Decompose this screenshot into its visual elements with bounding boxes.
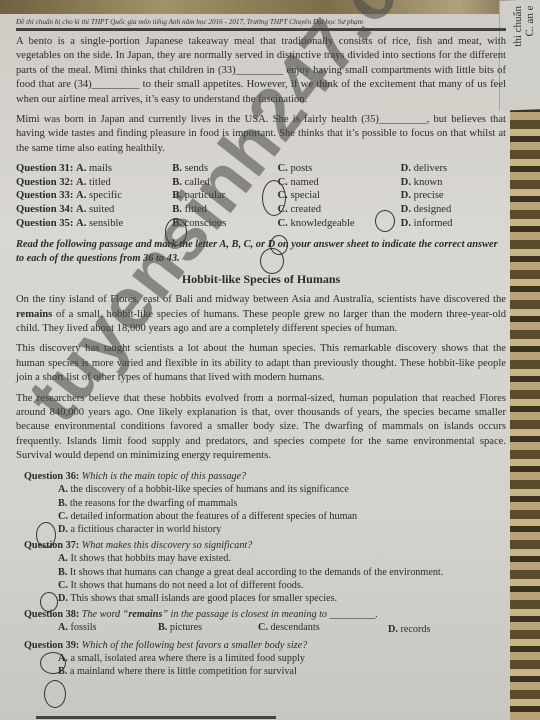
background-surface-right <box>506 60 540 720</box>
question-label: Question 39: <box>24 640 79 651</box>
question-37: Question 37: What makes this discovery s… <box>16 539 506 606</box>
option-d[interactable]: informed <box>414 218 453 229</box>
option-a[interactable]: specific <box>89 190 122 201</box>
option-d[interactable]: known <box>414 177 443 188</box>
option-c[interactable]: posts <box>290 163 312 174</box>
bottom-rule <box>36 716 276 719</box>
question-36: Question 36: Which is the main topic of … <box>16 470 506 537</box>
option-a[interactable]: titled <box>89 177 111 188</box>
option-b[interactable]: B. the reasons for the dwarfing of mamma… <box>58 497 506 510</box>
option-b[interactable]: B. a mainland where there is little comp… <box>58 665 506 678</box>
question-32-row: Question 32: A. titled B. called C. name… <box>16 176 506 190</box>
option-d[interactable]: D. This shows that small islands are goo… <box>58 592 506 605</box>
option-b[interactable]: conscious <box>185 218 227 229</box>
question-label: Question 36: <box>24 471 79 482</box>
underlying-page-text-2: C. an e <box>524 5 536 36</box>
question-text: Which of the following best favors a sma… <box>82 640 308 651</box>
instruction-text: Read the following passage and mark the … <box>16 238 506 266</box>
option-c[interactable]: C. It shows that humans do not need a lo… <box>58 579 506 592</box>
question-33-row: Question 33: A. specific B. particular C… <box>16 189 506 203</box>
option-d[interactable]: delivers <box>414 163 448 174</box>
option-d[interactable]: designed <box>414 204 452 215</box>
option-a[interactable]: A. It shows that hobbits may have existe… <box>58 552 506 565</box>
option-c[interactable]: special <box>290 190 319 201</box>
cloze-options: Question 31: A. mails B. sends C. posts … <box>16 162 506 230</box>
option-b[interactable]: B. It shows that humans can change a gre… <box>58 566 506 579</box>
question-38: Question 38: The word “remains” in the p… <box>16 608 506 637</box>
option-a[interactable]: suited <box>89 204 114 215</box>
question-text: The word “remains” in the passage is clo… <box>82 609 378 620</box>
underlying-page-text-1: thi chuẩn <box>512 6 524 47</box>
question-text: What makes this discovery so significant… <box>82 540 253 551</box>
option-a[interactable]: A. the discovery of a hobbit-like specie… <box>58 483 506 496</box>
option-c[interactable]: knowledgeable <box>290 218 354 229</box>
option-a[interactable]: mails <box>89 163 112 174</box>
option-b[interactable]: fitted <box>185 204 207 215</box>
option-a[interactable]: A. fossils <box>58 621 158 636</box>
option-a[interactable]: sensible <box>89 218 123 229</box>
option-b[interactable]: particular <box>185 190 226 201</box>
question-label: Question 34: <box>16 204 73 215</box>
option-a[interactable]: A. a small, isolated area where there is… <box>58 652 506 665</box>
question-label: Question 33: <box>16 190 73 201</box>
exam-content: Đề thi chuẩn bị cho kì thi THPT Quốc gia… <box>16 18 506 681</box>
question-label: Question 38: <box>24 609 79 620</box>
option-b[interactable]: called <box>185 177 210 188</box>
option-c[interactable]: C. detailed information about the featur… <box>58 510 506 523</box>
option-d[interactable]: precise <box>414 190 444 201</box>
option-b[interactable]: sends <box>185 163 209 174</box>
passage-1-paragraph-2: Mimi was born in Japan and currently liv… <box>16 113 506 156</box>
passage-1-paragraph-1: A bento is a single-portion Japanese tak… <box>16 35 506 107</box>
passage-2-paragraph-1: On the tiny island of Flores, east of Ba… <box>16 293 506 336</box>
bold-word-remains: remains <box>16 309 52 320</box>
option-d[interactable]: D. a fictitious character in world histo… <box>58 523 506 536</box>
option-d[interactable]: D. records <box>388 623 498 636</box>
passage-title: Hobbit-like Species of Humans <box>16 272 506 287</box>
question-text: Which is the main topic of this passage? <box>82 471 246 482</box>
option-c[interactable]: created <box>290 204 321 215</box>
page-header: Đề thi chuẩn bị cho kì thi THPT Quốc gia… <box>16 18 506 31</box>
question-34-row: Question 34: A. suited B. fitted C. crea… <box>16 203 506 217</box>
passage-2-paragraph-3: The researchers believe that these hobbi… <box>16 392 506 464</box>
question-35-row: Question 35: A. sensible B. conscious C.… <box>16 217 506 231</box>
question-label: Question 31: <box>16 163 73 174</box>
passage-2-paragraph-2: This discovery has taught scientists a l… <box>16 342 506 385</box>
option-b[interactable]: B. pictures <box>158 621 258 636</box>
question-39: Question 39: Which of the following best… <box>16 639 506 679</box>
question-31-row: Question 31: A. mails B. sends C. posts … <box>16 162 506 176</box>
option-c[interactable]: C. descendants <box>258 621 388 636</box>
question-label: Question 37: <box>24 540 79 551</box>
question-label: Question 32: <box>16 177 73 188</box>
option-c[interactable]: named <box>290 177 318 188</box>
question-label: Question 35: <box>16 218 73 229</box>
